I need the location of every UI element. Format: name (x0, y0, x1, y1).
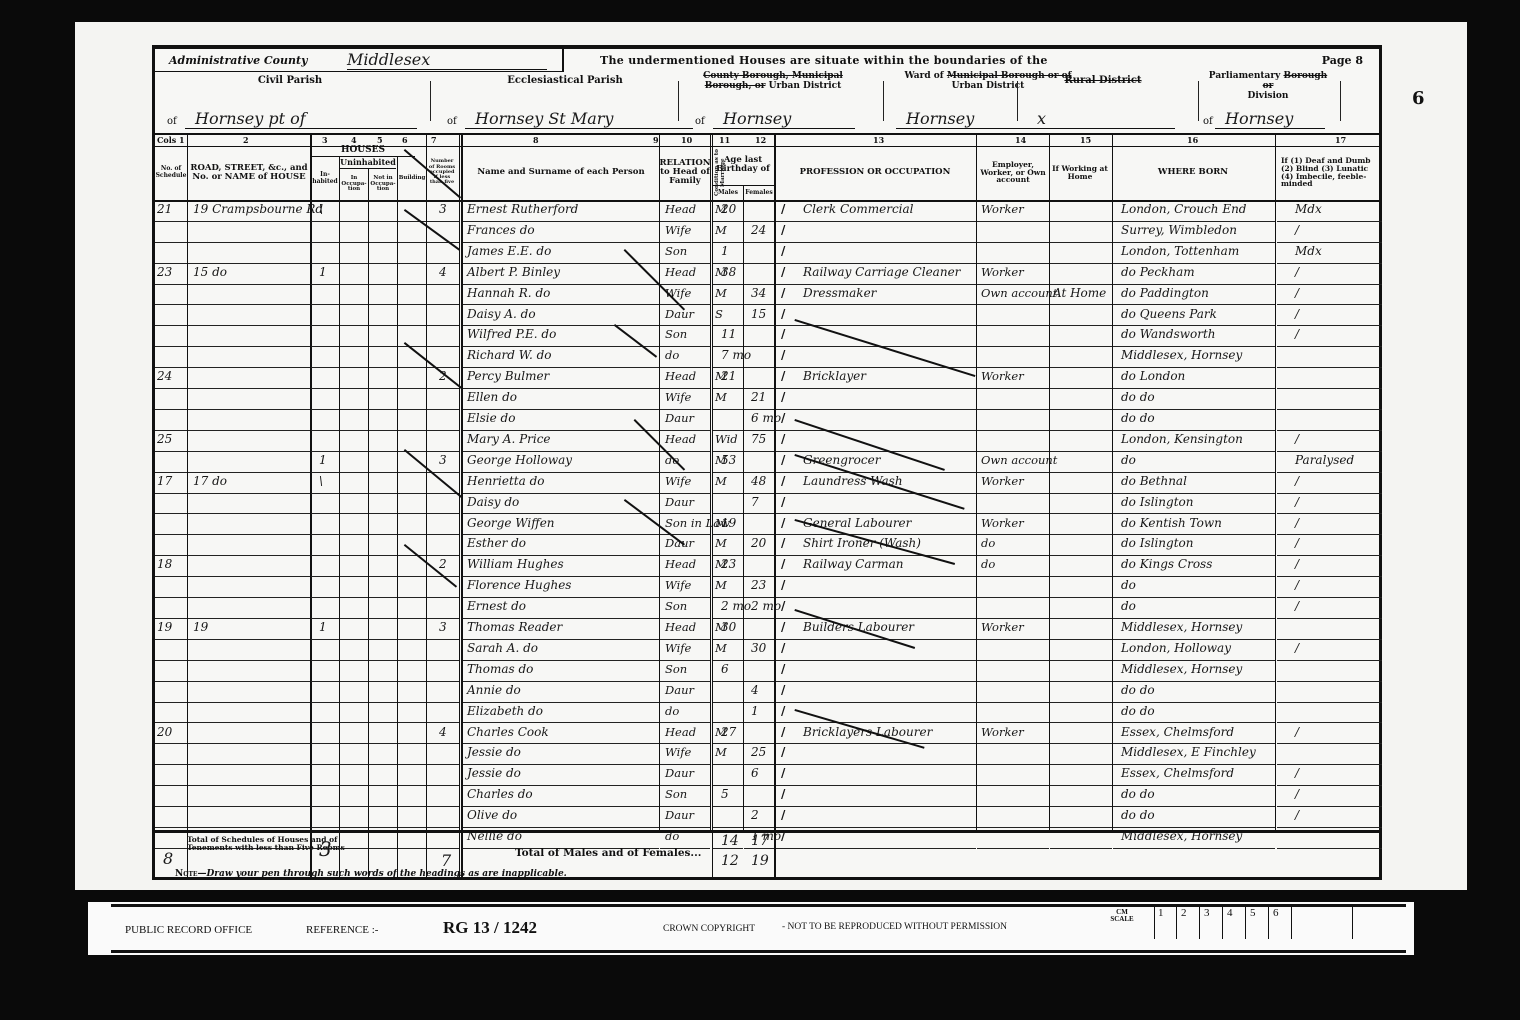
cell-occupation: Builders Labourer (803, 620, 914, 634)
col-in-occupation: In Occupa-tion (340, 169, 368, 200)
cell-infirmity: / (1295, 223, 1299, 237)
cell-female-age: 2 (751, 808, 759, 822)
rooms-total: 7 (441, 851, 451, 870)
cell-relation: Daur (665, 536, 694, 550)
label: Urban District (952, 81, 1025, 91)
checkmark-icon: / (781, 808, 785, 822)
page-label: Page 8 (1322, 54, 1363, 67)
cell-name: Albert P. Binley (467, 265, 560, 279)
note-prefix: Note (175, 869, 198, 879)
cell-where-born: do do (1121, 683, 1155, 697)
cell-name: Ellen do (467, 390, 517, 404)
cell-occupation: Clerk Commercial (803, 202, 914, 216)
cm-scale-label: CM SCALE (1110, 909, 1134, 923)
location-header: Civil Parish of Hornsey pt of Ecclesiast… (155, 71, 1382, 133)
checkmark-icon: / (781, 390, 785, 404)
ecclesiastical-parish-value: Hornsey St Mary (465, 109, 693, 129)
cell-where-born: Middlesex, Hornsey (1121, 620, 1242, 634)
rural-district: Rural District x (1023, 71, 1183, 133)
cell-employer: Worker (981, 265, 1024, 279)
cell-schedule: 21 (157, 202, 172, 216)
col-females: Females (744, 185, 774, 200)
cell-infirmity: Mdx (1295, 244, 1322, 258)
cell-where-born: do Queens Park (1121, 307, 1217, 321)
table-row: Frances doWifeM24Surrey, Wimbledon// (155, 222, 1382, 243)
cell-female-age: 7 (751, 495, 759, 509)
males-females-label: Total of Males and of Females... (515, 847, 701, 859)
table-row: Jessie doDaur6Essex, Chelmsford// (155, 765, 1382, 786)
col-num: 6 (402, 135, 408, 145)
cell-female-age: 15 (751, 307, 766, 321)
cell-infirmity: / (1295, 327, 1299, 341)
col-num: Cols 1 (157, 135, 185, 145)
cell-employer: Worker (981, 474, 1024, 488)
cell-condition: M (715, 223, 727, 237)
cell-name: William Hughes (467, 557, 564, 571)
cell-relation: Wife (665, 474, 691, 488)
civil-parish-label: Civil Parish (155, 75, 425, 86)
urban-district-label: County Borough, Municipal Borough, or Ur… (683, 71, 863, 91)
table-row: Elizabeth dodo1do do/ (155, 703, 1382, 724)
cell-infirmity: / (1295, 495, 1299, 509)
cell-occupation: Railway Carman (803, 557, 904, 571)
checkmark-icon: / (781, 662, 785, 676)
label: Urban District (769, 81, 842, 91)
cell-name: Mary A. Price (467, 432, 551, 446)
cell-name: Ernest do (467, 599, 526, 613)
col-infirmity: If (1) Deaf and Dumb (2) Blind (3) Lunat… (1277, 145, 1381, 200)
cell-where-born: do do (1121, 411, 1155, 425)
col-name: Name and Surname of each Person (463, 145, 659, 200)
cell-condition: M (715, 745, 727, 759)
cell-infirmity: / (1295, 808, 1299, 822)
cell-schedule: 20 (157, 725, 172, 739)
cell-name: George Holloway (467, 453, 572, 467)
cell-infirmity: / (1295, 536, 1299, 550)
cell-inhabited: 1 (319, 453, 327, 467)
col-males: Males (713, 185, 743, 200)
cell-occupation: Dressmaker (803, 286, 876, 300)
cell-inhabited: \ (319, 202, 323, 216)
col-uninhabited: Uninhabited (340, 157, 396, 169)
checkmark-icon: / (781, 369, 785, 383)
checkmark-icon: / (781, 327, 785, 341)
cell-condition: M (715, 286, 727, 300)
table-row: Florence HughesWifeM23do// (155, 577, 1382, 598)
cell-relation: Son (665, 327, 687, 341)
cell-where-born: do Kentish Town (1121, 516, 1222, 530)
cell-road: 17 do (193, 474, 227, 488)
cell-relation: Head (665, 557, 696, 571)
cell-relation: Head (665, 620, 696, 634)
col-num: 15 (1080, 135, 1091, 145)
cell-condition: M (715, 536, 727, 550)
males-total: 14 (721, 833, 739, 849)
checkmark-icon: / (781, 516, 785, 530)
col-num: 10 (681, 135, 692, 145)
footer-permission: - NOT TO BE REPRODUCED WITHOUT PERMISSIO… (782, 922, 1007, 932)
cell-relation: Daur (665, 495, 694, 509)
cell-name: Sarah A. do (467, 641, 538, 655)
scale-mark: 2 (1178, 907, 1200, 939)
cell-relation: Wife (665, 745, 691, 759)
cell-relation: Head (665, 265, 696, 279)
cell-where-born: London, Tottenham (1121, 244, 1239, 258)
cell-infirmity: / (1295, 787, 1299, 801)
table-row: Wilfred P.E. doSon11do Wandsworth// (155, 326, 1382, 347)
table-row: Annie doDaur4do do/ (155, 682, 1382, 703)
cell-where-born: Essex, Chelmsford (1121, 766, 1234, 780)
cell-inhabited: 1 (319, 265, 327, 279)
cell-name: Frances do (467, 223, 535, 237)
cell-relation: Wife (665, 390, 691, 404)
col-num: 2 (243, 135, 249, 145)
table-row: Thomas doSon6Middlesex, Hornsey/ (155, 661, 1382, 682)
cell-where-born: do do (1121, 808, 1155, 822)
cell-employer: Own account (981, 453, 1057, 467)
checkmark-icon: / (781, 265, 785, 279)
table-row: Hannah R. doWifeM34DressmakerOwn account… (155, 285, 1382, 306)
cell-relation: Daur (665, 307, 694, 321)
footer-office: PUBLIC RECORD OFFICE (125, 924, 252, 936)
cell-relation: do (665, 348, 679, 362)
cell-name: Richard W. do (467, 348, 551, 362)
situate-text: The undermentioned Houses are situate wi… (600, 54, 1048, 67)
checkmark-icon: / (781, 244, 785, 258)
note-text: —Draw your pen through such words of the… (198, 869, 567, 879)
checkmark-icon: / (781, 641, 785, 655)
cell-relation: Head (665, 202, 696, 216)
table-row: Daisy doDaur7do Islington// (155, 494, 1382, 515)
cell-relation: do (665, 453, 679, 467)
cell-female-age: 6 (751, 766, 759, 780)
col-at-home: If Working at Home (1050, 145, 1110, 200)
table-row: 182William HughesHeadM23Railway Carmando… (155, 556, 1382, 577)
cell-name: Olive do (467, 808, 517, 822)
urban-district: County Borough, Municipal Borough, or Ur… (683, 71, 863, 133)
cell-relation: Son (665, 787, 687, 801)
cell-female-age: 25 (751, 745, 766, 759)
cell-relation: Daur (665, 411, 694, 425)
cell-male-age: 38 (721, 265, 736, 279)
archive-footer: PUBLIC RECORD OFFICE REFERENCE :- RG 13 … (88, 902, 1414, 955)
males-total-corrected: 12 (721, 853, 739, 869)
cell-employer: Worker (981, 202, 1024, 216)
cell-where-born: do London (1121, 369, 1185, 383)
footer-reference: RG 13 / 1242 (443, 918, 537, 938)
cell-where-born: do Islington (1121, 495, 1193, 509)
cell-infirmity: / (1295, 641, 1299, 655)
cell-infirmity: / (1295, 725, 1299, 739)
cm-scale: 1 2 3 4 5 6 (1154, 907, 1411, 939)
col-num: 13 (873, 135, 884, 145)
cell-road: 19 Crampsbourne Rd (193, 202, 323, 216)
cell-relation: Son (665, 244, 687, 258)
cell-name: Daisy do (467, 495, 519, 509)
cell-where-born: do Paddington (1121, 286, 1209, 300)
cell-where-born: do (1121, 578, 1136, 592)
checkmark-icon: / (781, 787, 785, 801)
table-row: James E.E. doSon1London, TottenhamMdx/ (155, 243, 1382, 264)
col-where-born: WHERE BORN (1113, 145, 1273, 200)
cell-rooms: 3 (439, 202, 447, 216)
cell-where-born: do Kings Cross (1121, 557, 1212, 571)
cell-name: Charles do (467, 787, 533, 801)
table-row: Daisy A. doDaurS15do Queens Park// (155, 306, 1382, 327)
cell-occupation: Bricklayer (803, 369, 866, 383)
table-row: Jessie doWifeM25Middlesex, E Finchley/ (155, 744, 1382, 765)
ecclesiastical-parish-label: Ecclesiastical Parish (435, 75, 695, 86)
cell-name: Florence Hughes (467, 578, 571, 592)
cell-rooms: 4 (439, 725, 447, 739)
cell-relation: Daur (665, 683, 694, 697)
checkmark-icon: / (781, 411, 785, 425)
checkmark-icon: / (781, 620, 785, 634)
cell-male-age: 23 (721, 557, 736, 571)
cell-condition: Wid (715, 432, 738, 446)
cell-name: Charles Cook (467, 725, 549, 739)
table-row: George WiffenSon in LawM19General Labour… (155, 515, 1382, 536)
cell-schedule: 23 (157, 265, 172, 279)
note: Note—Draw your pen through such words of… (175, 869, 567, 879)
cell-male-age: 6 (721, 662, 729, 676)
cell-schedule: 18 (157, 557, 172, 571)
cell-name: Esther do (467, 536, 526, 550)
civil-parish-value: Hornsey pt of (185, 109, 417, 129)
table-row: Elsie doDaur6 modo do/ (155, 410, 1382, 431)
table-row: 25Mary A. PriceHeadWid75London, Kensingt… (155, 431, 1382, 452)
cell-female-age: 24 (751, 223, 766, 237)
footer-reference-label: REFERENCE :- (306, 924, 378, 936)
cell-relation: Wife (665, 578, 691, 592)
census-form: Administrative County Middlesex The unde… (152, 45, 1382, 880)
cell-infirmity: Mdx (1295, 202, 1322, 216)
table-row: Ellen doWifeM21do do/ (155, 389, 1382, 410)
cell-where-born: Middlesex, Hornsey (1121, 662, 1242, 676)
cell-where-born: do do (1121, 704, 1155, 718)
cell-male-age: 20 (721, 202, 736, 216)
cell-employer: Worker (981, 620, 1024, 634)
cell-condition: M (715, 578, 727, 592)
table-row: 191913Thomas ReaderHeadM30Builders Labou… (155, 619, 1382, 640)
cell-name: Daisy A. do (467, 307, 536, 321)
cell-road: 15 do (193, 265, 227, 279)
cell-female-age: 23 (751, 578, 766, 592)
cell-relation: Daur (665, 808, 694, 822)
administrative-county: Administrative County Middlesex (155, 49, 564, 72)
cell-name: Jessie do (467, 745, 521, 759)
cell-occupation: Laundress Wash (803, 474, 903, 488)
cell-male-age: 5 (721, 787, 729, 801)
cell-employer: Own account (981, 286, 1057, 300)
cell-name: James E.E. do (467, 244, 551, 258)
cell-road: 19 (193, 620, 208, 634)
cell-female-age: 20 (751, 536, 766, 550)
cell-occupation: Railway Carriage Cleaner (803, 265, 960, 279)
checkmark-icon: / (781, 286, 785, 300)
of-label: of (695, 116, 705, 127)
cell-where-born: Surrey, Wimbledon (1121, 223, 1237, 237)
scale-mark: 4 (1224, 907, 1246, 939)
cell-where-born: Middlesex, E Finchley (1121, 745, 1256, 759)
checkmark-icon: / (781, 202, 785, 216)
cell-infirmity: / (1295, 557, 1299, 571)
checkmark-icon: / (781, 432, 785, 446)
cell-female-age: 30 (751, 641, 766, 655)
cell-employer: Worker (981, 516, 1024, 530)
label: Ward of (904, 71, 943, 81)
col-occupation: PROFESSION OR OCCUPATION (775, 145, 975, 200)
cell-employer: Worker (981, 725, 1024, 739)
cell-male-age: 27 (721, 725, 736, 739)
cell-infirmity: / (1295, 599, 1299, 613)
cell-infirmity: / (1295, 766, 1299, 780)
cell-condition: S (715, 307, 723, 321)
checkmark-icon: / (781, 495, 785, 509)
table-row: Richard W. dodo7 moMiddlesex, Hornsey/ (155, 347, 1382, 368)
cell-rooms: 4 (439, 265, 447, 279)
col-num: 8 (533, 135, 539, 145)
cell-employer: do (981, 536, 995, 550)
females-total-corrected: 19 (751, 853, 769, 869)
cell-condition: M (715, 641, 727, 655)
scale-mark: 3 (1201, 907, 1223, 939)
cell-employer: do (981, 557, 995, 571)
cell-name: Wilfred P.E. do (467, 327, 556, 341)
females-total: 17 (751, 833, 769, 849)
table-row: Ernest doSon2 mo2 modo// (155, 598, 1382, 619)
checkmark-icon: / (781, 725, 785, 739)
checkmark-icon: / (781, 745, 785, 759)
cell-where-born: do (1121, 599, 1136, 613)
cell-relation: Head (665, 369, 696, 383)
cell-name: Percy Bulmer (467, 369, 549, 383)
cell-female-age: 34 (751, 286, 766, 300)
cell-condition: M (715, 390, 727, 404)
cell-rooms: 3 (439, 620, 447, 634)
checkmark-icon: / (781, 223, 785, 237)
of-label: of (1203, 116, 1213, 127)
col-not-in-occupation: Not in Occupa-tion (369, 169, 397, 200)
col-num: 16 (1187, 135, 1198, 145)
cell-relation: Wife (665, 223, 691, 237)
col-num: 12 (755, 135, 766, 145)
cell-female-age: 48 (751, 474, 766, 488)
rural-district-value: x (1027, 109, 1175, 129)
of-label: of (447, 116, 457, 127)
cell-relation: Wife (665, 641, 691, 655)
table-row: 242Percy BulmerHeadM21BricklayerWorkerdo… (155, 368, 1382, 389)
rural-district-label: Rural District (1023, 75, 1183, 86)
table-row: Sarah A. doWifeM30London, Holloway// (155, 640, 1382, 661)
checkmark-icon: / (781, 474, 785, 488)
checkmark-icon: / (781, 453, 785, 467)
cell-female-age: 2 mo (751, 599, 781, 613)
cell-female-age: 75 (751, 432, 766, 446)
cell-rooms: 3 (439, 453, 447, 467)
cell-name: George Wiffen (467, 516, 555, 530)
checkmark-icon: / (781, 578, 785, 592)
inhabited-total: 3 (319, 837, 332, 861)
cell-where-born: do Bethnal (1121, 474, 1187, 488)
cell-name: Elizabeth do (467, 704, 543, 718)
cell-female-age: 1 (751, 704, 759, 718)
cell-name: Thomas Reader (467, 620, 562, 634)
cell-where-born: London, Kensington (1121, 432, 1243, 446)
table-row: 13George HollowaydoM53GreengrocerOwn acc… (155, 452, 1382, 473)
table-row: 204Charles CookHeadM27Bricklayers Labour… (155, 724, 1382, 745)
cell-schedule: 25 (157, 432, 172, 446)
cell-infirmity: / (1295, 432, 1299, 446)
col-num: 4 (351, 135, 357, 145)
col-num: 7 (431, 135, 437, 145)
cell-infirmity: Paralysed (1295, 453, 1354, 467)
col-employer: Employer, Worker, or Own account (977, 145, 1049, 200)
schedules-total: 8 (163, 849, 173, 868)
cell-where-born: do Islington (1121, 536, 1193, 550)
of-label: of (167, 116, 177, 127)
col-relation: RELATION to Head of Family (660, 145, 710, 200)
cell-schedule: 17 (157, 474, 172, 488)
footer-copyright: CROWN COPYRIGHT (663, 924, 755, 934)
cell-where-born: Middlesex, Hornsey (1121, 348, 1242, 362)
checkmark-icon: / (781, 599, 785, 613)
civil-parish: Civil Parish of Hornsey pt of (155, 71, 425, 133)
col-num: 5 (377, 135, 383, 145)
cell-relation: Head (665, 432, 696, 446)
cell-name: Ernest Rutherford (467, 202, 578, 216)
cell-where-born: do Peckham (1121, 265, 1195, 279)
checkmark-icon: / (781, 307, 785, 321)
urban-district-value: Hornsey (713, 109, 855, 129)
cell-where-born: do do (1121, 390, 1155, 404)
cell-where-born: do do (1121, 787, 1155, 801)
cell-infirmity: / (1295, 474, 1299, 488)
cell-infirmity: / (1295, 265, 1299, 279)
cell-male-age: 30 (721, 620, 736, 634)
col-num: 17 (1335, 135, 1346, 145)
cell-relation: Daur (665, 766, 694, 780)
table-row: Esther doDaurM20Shirt Ironer (Wash)dodo … (155, 535, 1382, 556)
cell-name: Annie do (467, 683, 521, 697)
cell-where-born: do Wandsworth (1121, 327, 1216, 341)
table-row: 2119 Crampsbourne Rd\3Ernest RutherfordH… (155, 201, 1382, 222)
cell-female-age: 4 (751, 683, 759, 697)
cell-name: Jessie do (467, 766, 521, 780)
cell-inhabited: 1 (319, 620, 327, 634)
scale-mark: 5 (1247, 907, 1269, 939)
cell-male-age: 11 (721, 327, 736, 341)
checkmark-icon: / (781, 536, 785, 550)
checkmark-icon: / (781, 704, 785, 718)
cell-where-born: London, Holloway (1121, 641, 1231, 655)
cell-male-age: 7 mo (721, 348, 751, 362)
cell-relation: do (665, 704, 679, 718)
col-houses: HOUSES (311, 145, 415, 157)
cell-rooms: 2 (439, 557, 447, 571)
col-age: Age last Birthday of (713, 145, 773, 185)
cell-male-age: 1 (721, 244, 729, 258)
cell-relation: Son (665, 599, 687, 613)
cell-infirmity: / (1295, 286, 1299, 300)
table-row: 2315 do14Albert P. BinleyHeadM38Railway … (155, 264, 1382, 285)
cell-name: Thomas do (467, 662, 533, 676)
checkmark-icon: / (781, 683, 785, 697)
cell-male-age: 19 (721, 516, 736, 530)
town-village-hamlet (1243, 71, 1383, 133)
cell-relation: Head (665, 725, 696, 739)
col-num: 11 (719, 135, 730, 145)
